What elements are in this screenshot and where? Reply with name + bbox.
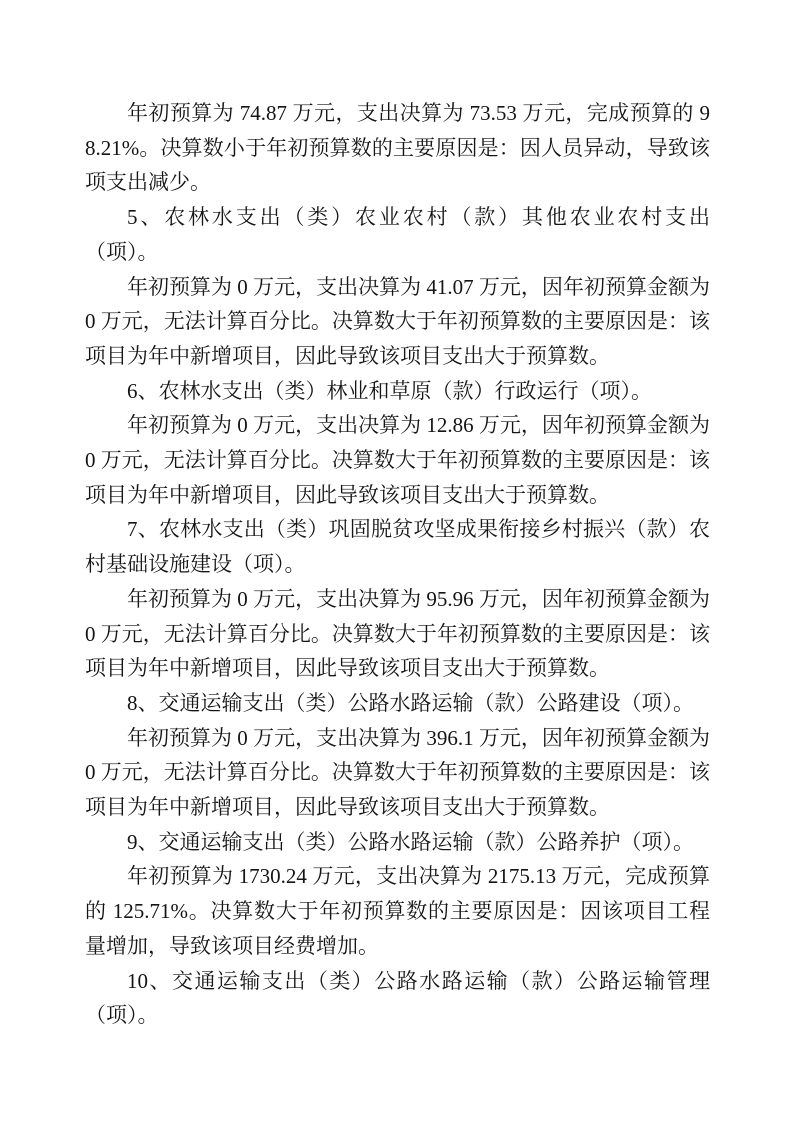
paragraph-item-5-heading: 5、农林水支出（类）农业农村（款）其他农业农村支出（项）。 — [85, 200, 710, 269]
paragraph-item-4-detail-continued: 年初预算为 74.87 万元，支出决算为 73.53 万元，完成预算的 98.2… — [85, 96, 710, 200]
paragraph-item-8-heading: 8、交通运输支出（类）公路水路运输（款）公路建设（项）。 — [85, 686, 710, 721]
paragraph-item-7-detail: 年初预算为 0 万元，支出决算为 95.96 万元，因年初预算金额为 0 万元，… — [85, 582, 710, 686]
paragraph-item-6-detail: 年初预算为 0 万元，支出决算为 12.86 万元，因年初预算金额为 0 万元，… — [85, 408, 710, 512]
document-text-body: 年初预算为 74.87 万元，支出决算为 73.53 万元，完成预算的 98.2… — [85, 96, 710, 1033]
paragraph-item-5-detail: 年初预算为 0 万元，支出决算为 41.07 万元，因年初预算金额为 0 万元，… — [85, 270, 710, 374]
paragraph-item-6-heading: 6、农林水支出（类）林业和草原（款）行政运行（项）。 — [85, 374, 710, 409]
paragraph-item-8-detail: 年初预算为 0 万元，支出决算为 396.1 万元，因年初预算金额为 0 万元，… — [85, 721, 710, 825]
document-page: 年初预算为 74.87 万元，支出决算为 73.53 万元，完成预算的 98.2… — [0, 0, 793, 1122]
paragraph-item-9-heading: 9、交通运输支出（类）公路水路运输（款）公路养护（项）。 — [85, 825, 710, 860]
paragraph-item-9-detail: 年初预算为 1730.24 万元，支出决算为 2175.13 万元，完成预算的 … — [85, 859, 710, 963]
paragraph-item-7-heading: 7、农林水支出（类）巩固脱贫攻坚成果衔接乡村振兴（款）农村基础设施建设（项）。 — [85, 512, 710, 581]
paragraph-item-10-heading: 10、交通运输支出（类）公路水路运输（款）公路运输管理（项）。 — [85, 964, 710, 1033]
